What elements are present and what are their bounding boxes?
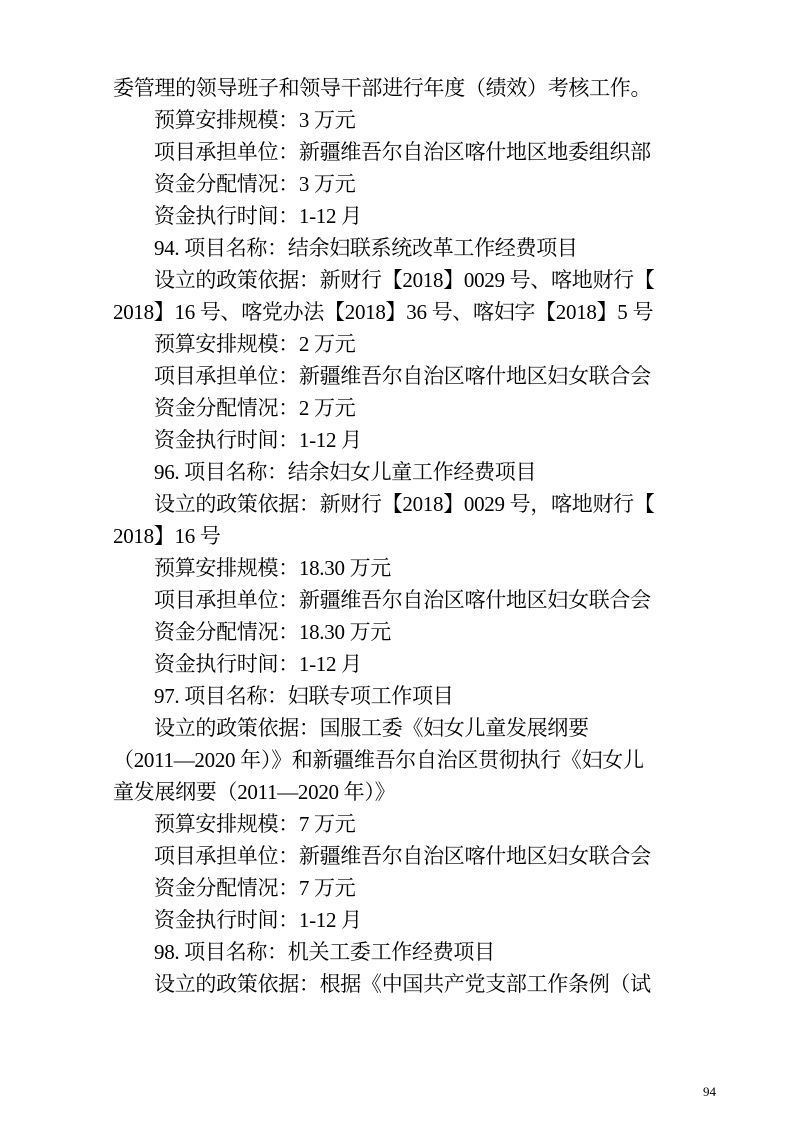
text-line: 96. 项目名称：结余妇女儿童工作经费项目 [113, 456, 713, 488]
text-line: 资金分配情况：3 万元 [113, 168, 713, 200]
text-line: 资金分配情况：7 万元 [113, 872, 713, 904]
text-line: 预算安排规模：7 万元 [113, 808, 713, 840]
text-line: 资金执行时间：1-12 月 [113, 904, 713, 936]
text-line: 预算安排规模：3 万元 [113, 104, 713, 136]
text-line: 资金执行时间：1-12 月 [113, 200, 713, 232]
text-line: 项目承担单位：新疆维吾尔自治区喀什地区妇女联合会 [113, 360, 713, 392]
text-line: 预算安排规模：2 万元 [113, 328, 713, 360]
text-line: 资金执行时间：1-12 月 [113, 648, 713, 680]
page-number: 94 [703, 1083, 716, 1101]
text-line: 设立的政策依据：新财行【2018】0029 号、喀地财行【 [113, 264, 713, 296]
text-line: 2018】16 号 [113, 520, 713, 552]
text-line: 资金分配情况：18.30 万元 [113, 616, 713, 648]
text-line: 设立的政策依据：新财行【2018】0029 号，喀地财行【 [113, 488, 713, 520]
text-line: 资金执行时间：1-12 月 [113, 424, 713, 456]
text-line: 项目承担单位：新疆维吾尔自治区喀什地区妇女联合会 [113, 840, 713, 872]
text-line: （2011—2020 年）》和新疆维吾尔自治区贯彻执行《妇女儿 [113, 744, 713, 776]
text-line: 设立的政策依据：国服工委《妇女儿童发展纲要 [113, 712, 713, 744]
text-line: 设立的政策依据：根据《中国共产党支部工作条例（试 [113, 968, 713, 1000]
text-line: 97. 项目名称：妇联专项工作项目 [113, 680, 713, 712]
text-line: 98. 项目名称：机关工委工作经费项目 [113, 936, 713, 968]
text-line: 94. 项目名称：结余妇联系统改革工作经费项目 [113, 232, 713, 264]
text-line: 童发展纲要（2011—2020 年）》 [113, 776, 713, 808]
text-line: 项目承担单位：新疆维吾尔自治区喀什地区妇女联合会 [113, 584, 713, 616]
text-line: 2018】16 号、喀党办法【2018】36 号、喀妇字【2018】5 号 [113, 296, 713, 328]
text-line: 委管理的领导班子和领导干部进行年度（绩效）考核工作。 [113, 72, 713, 104]
text-line: 资金分配情况：2 万元 [113, 392, 713, 424]
document-page: 委管理的领导班子和领导干部进行年度（绩效）考核工作。预算安排规模：3 万元项目承… [0, 0, 793, 1122]
text-line: 预算安排规模：18.30 万元 [113, 552, 713, 584]
document-body: 委管理的领导班子和领导干部进行年度（绩效）考核工作。预算安排规模：3 万元项目承… [113, 72, 713, 1000]
text-line: 项目承担单位：新疆维吾尔自治区喀什地区地委组织部 [113, 136, 713, 168]
